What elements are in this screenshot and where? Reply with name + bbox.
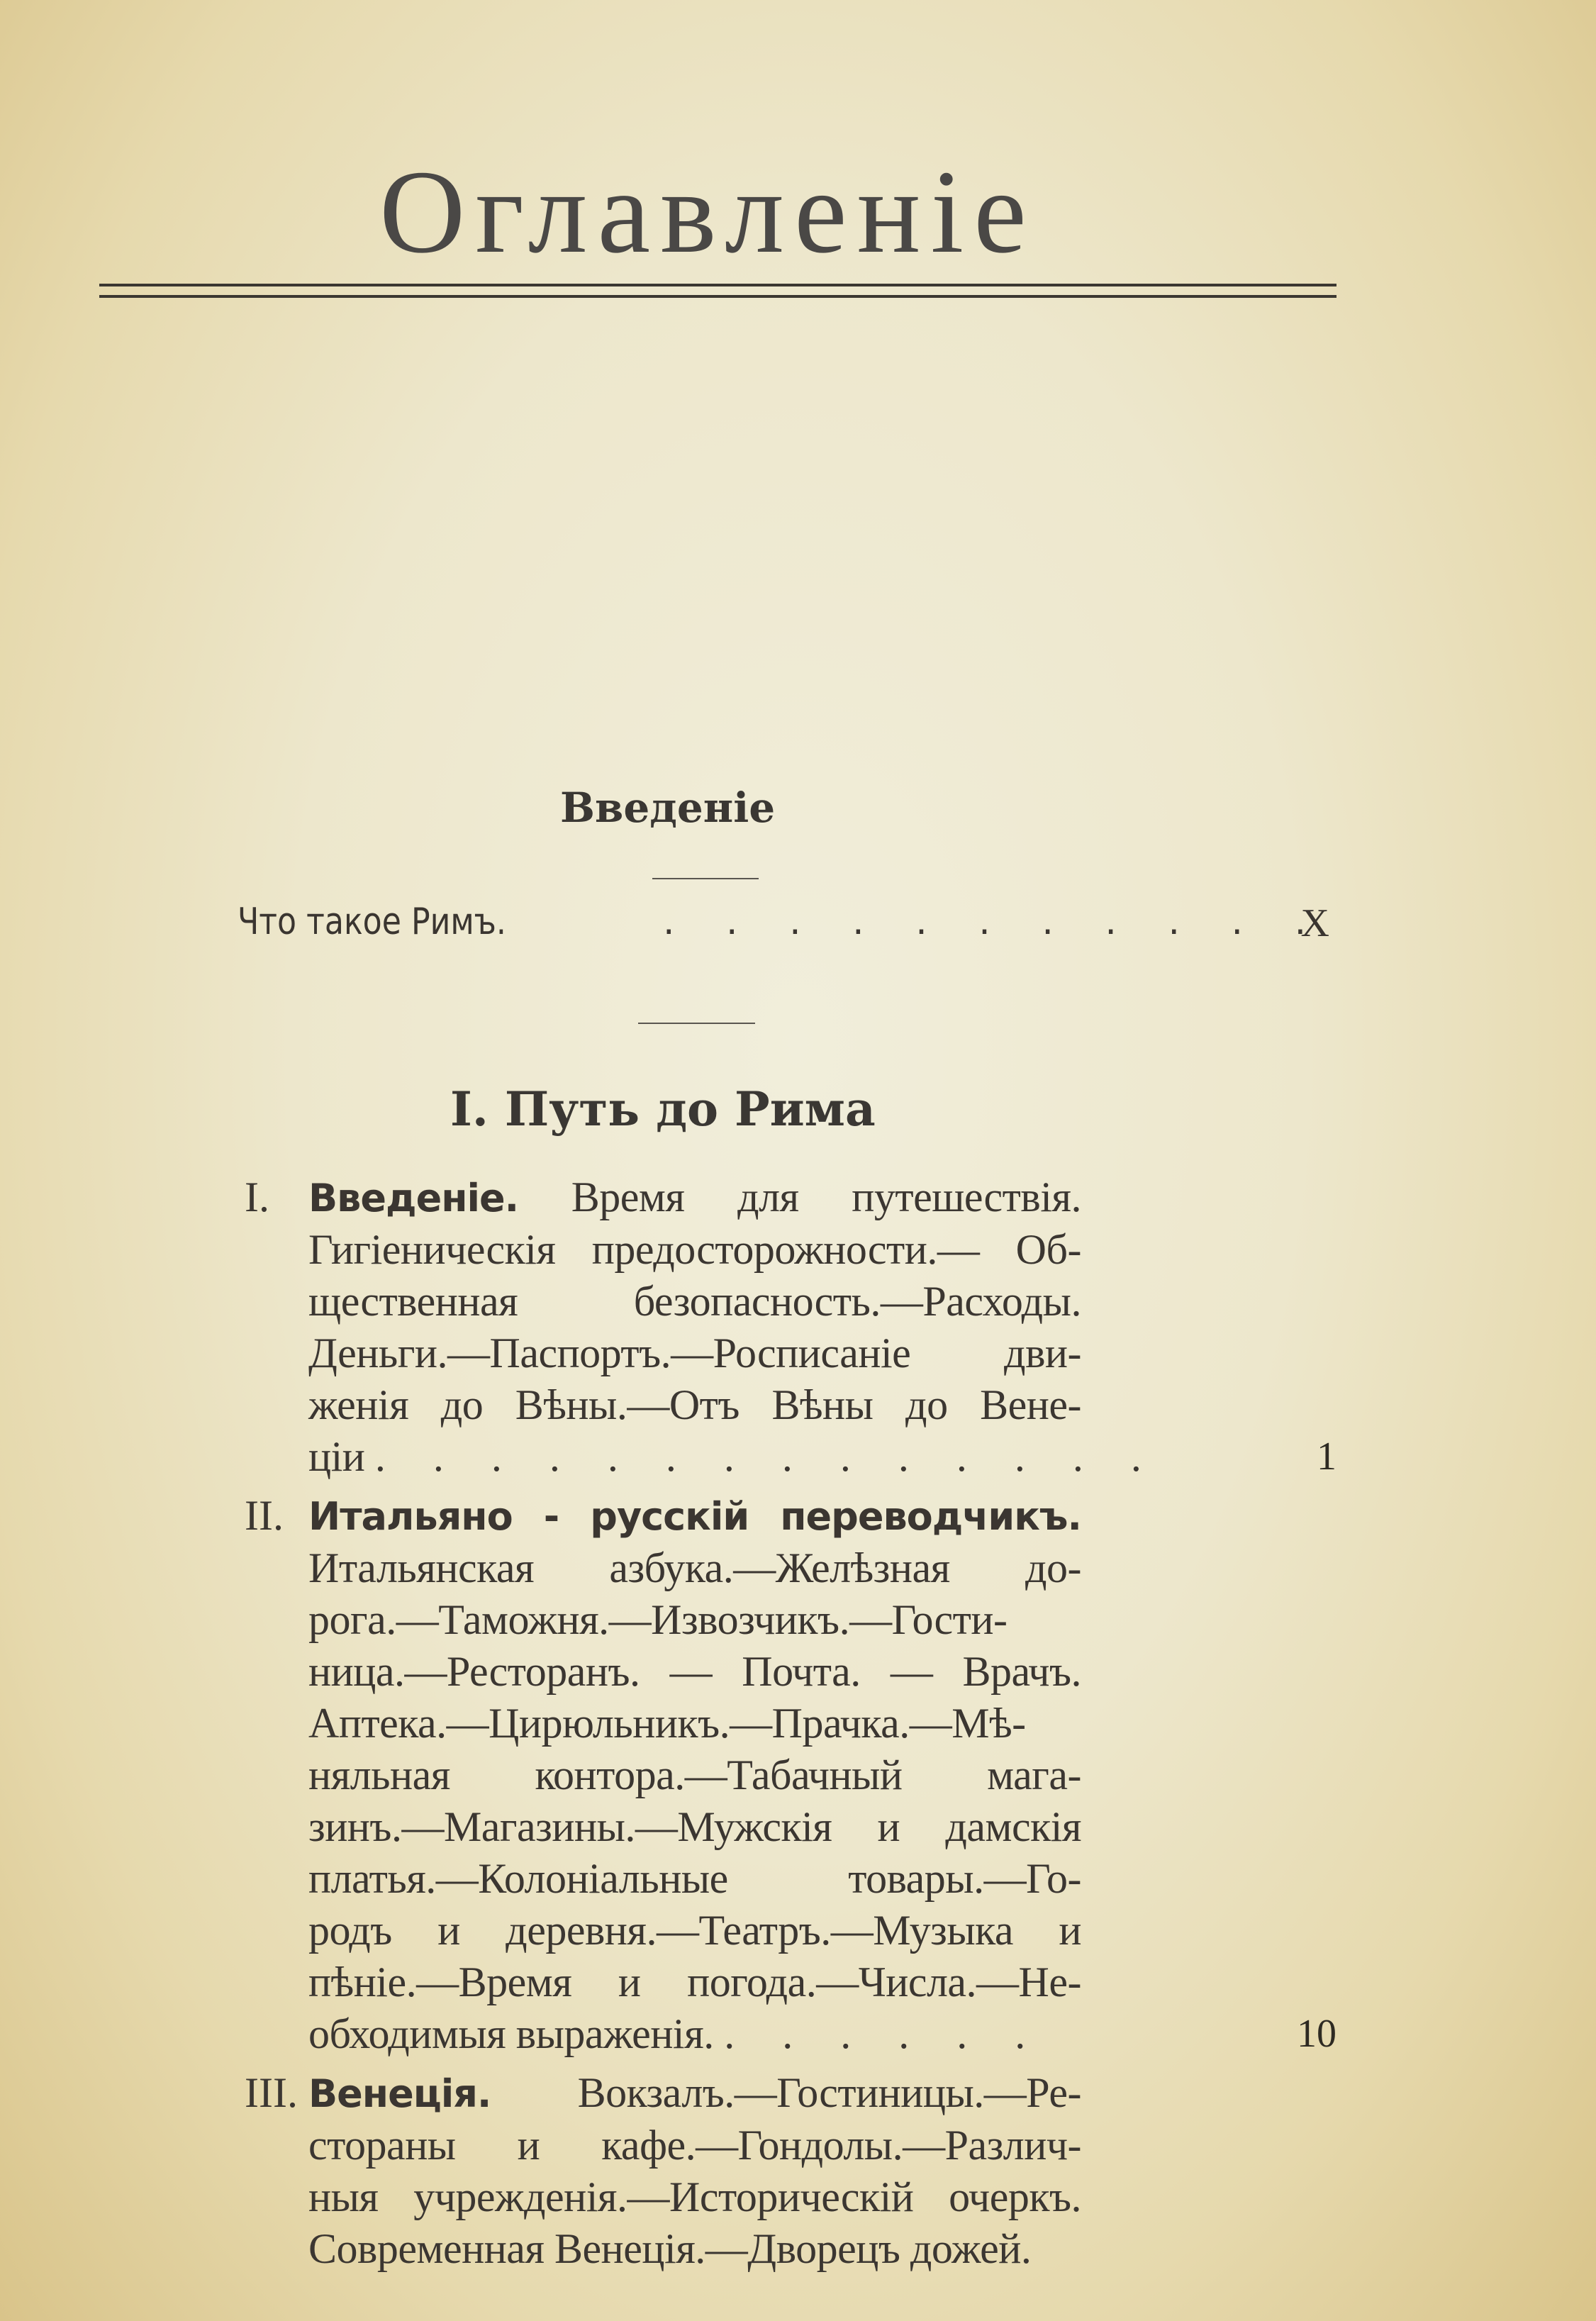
toc-entry-intro: Что такое Римъ. . . . . . . . . . . . X: [238, 901, 1329, 957]
chapter-text: ныя учрежденія.—Историческій очеркъ.: [308, 2171, 1081, 2223]
chapter-text: Современная Венеція.—Дворецъ дожей.: [308, 2223, 1081, 2275]
toc-entries: I. Введеніе. Время для путешествія. Гигі…: [245, 1171, 1336, 2282]
page-number: 10: [1297, 2008, 1336, 2060]
part-heading: I. Путь до Рима: [450, 1081, 876, 1137]
chapter-number: I.: [245, 1171, 269, 1223]
chapter-text: рога.—Таможня.—Извозчикъ.—Гости-: [308, 1594, 1081, 1646]
toc-entry-label: Что такое Римъ.: [238, 901, 506, 943]
intro-heading: Введеніе: [560, 784, 775, 832]
chapter-text: стораны и кафе.—Гондолы.—Различ-: [308, 2120, 1081, 2171]
toc-entry: III. Венеція. Вокзалъ.—Гостиницы.—Ре- ст…: [245, 2067, 1336, 2275]
toc-entry: II. Итальяно - русскій переводчикъ. Итал…: [245, 1490, 1336, 2060]
chapter-text: Гигіеническія предосторожности.— Об-: [308, 1224, 1081, 1276]
chapter-title: Венеція.: [308, 2071, 491, 2116]
chapter-text: пѣніе.—Время и погода.—Числа.—Не-: [308, 1957, 1081, 2008]
book-page: Оглавленіе Введеніе Что такое Римъ. . . …: [0, 0, 1596, 2321]
chapter-text: платья.—Колоніальные товары.—Го-: [308, 1853, 1081, 1905]
toc-entry: I. Введеніе. Время для путешествія. Гигі…: [245, 1171, 1336, 1483]
section-divider: [638, 1023, 755, 1024]
chapter-text: женія до Вѣны.—Отъ Вѣны до Вене-: [308, 1379, 1081, 1431]
title-rule-bottom: [99, 295, 1336, 298]
chapter-text: няльная контора.—Табачный мага-: [308, 1749, 1081, 1801]
dot-leader: . . . . . .: [724, 2010, 1044, 2057]
page-number: 1: [1317, 1431, 1336, 1483]
chapter-text: щественная безопасность.—Расходы.: [308, 1276, 1081, 1328]
chapter-text: Аптека.—Цирюльникъ.—Прачка.—Мѣ-: [308, 1698, 1081, 1749]
dot-leader: . . . . . . . . . . . . . .: [375, 1433, 1160, 1480]
chapter-text: Время для путешествія.: [571, 1174, 1081, 1220]
chapter-title: Введеніе.: [308, 1176, 518, 1220]
page-number: X: [1301, 901, 1329, 946]
chapter-text: ница.—Ресторанъ. — Почта. — Врачъ.: [308, 1646, 1081, 1698]
page-title: Оглавленіе: [379, 152, 1037, 272]
chapter-text: Итальянская азбука.—Желѣзная до-: [308, 1542, 1081, 1594]
intro-divider: [652, 878, 759, 879]
chapter-number: II.: [245, 1490, 284, 1542]
chapter-text: Деньги.—Паспортъ.—Росписаніе дви-: [308, 1328, 1081, 1379]
dot-leader: . . . . . . . . . . .: [663, 901, 1326, 943]
chapter-text: обходимыя выраженія.: [308, 2010, 714, 2057]
chapter-text: зинъ.—Магазины.—Мужскія и дамскія: [308, 1801, 1081, 1853]
chapter-text: Вокзалъ.—Гостиницы.—Ре-: [578, 2069, 1081, 2116]
chapter-text: родъ и деревня.—Театръ.—Музыка и: [308, 1905, 1081, 1957]
chapter-title: Итальяно - русскій переводчикъ.: [308, 1494, 1081, 1539]
chapter-number: III.: [245, 2067, 298, 2119]
title-rule-top: [99, 284, 1336, 286]
chapter-text: ціи: [308, 1433, 364, 1480]
